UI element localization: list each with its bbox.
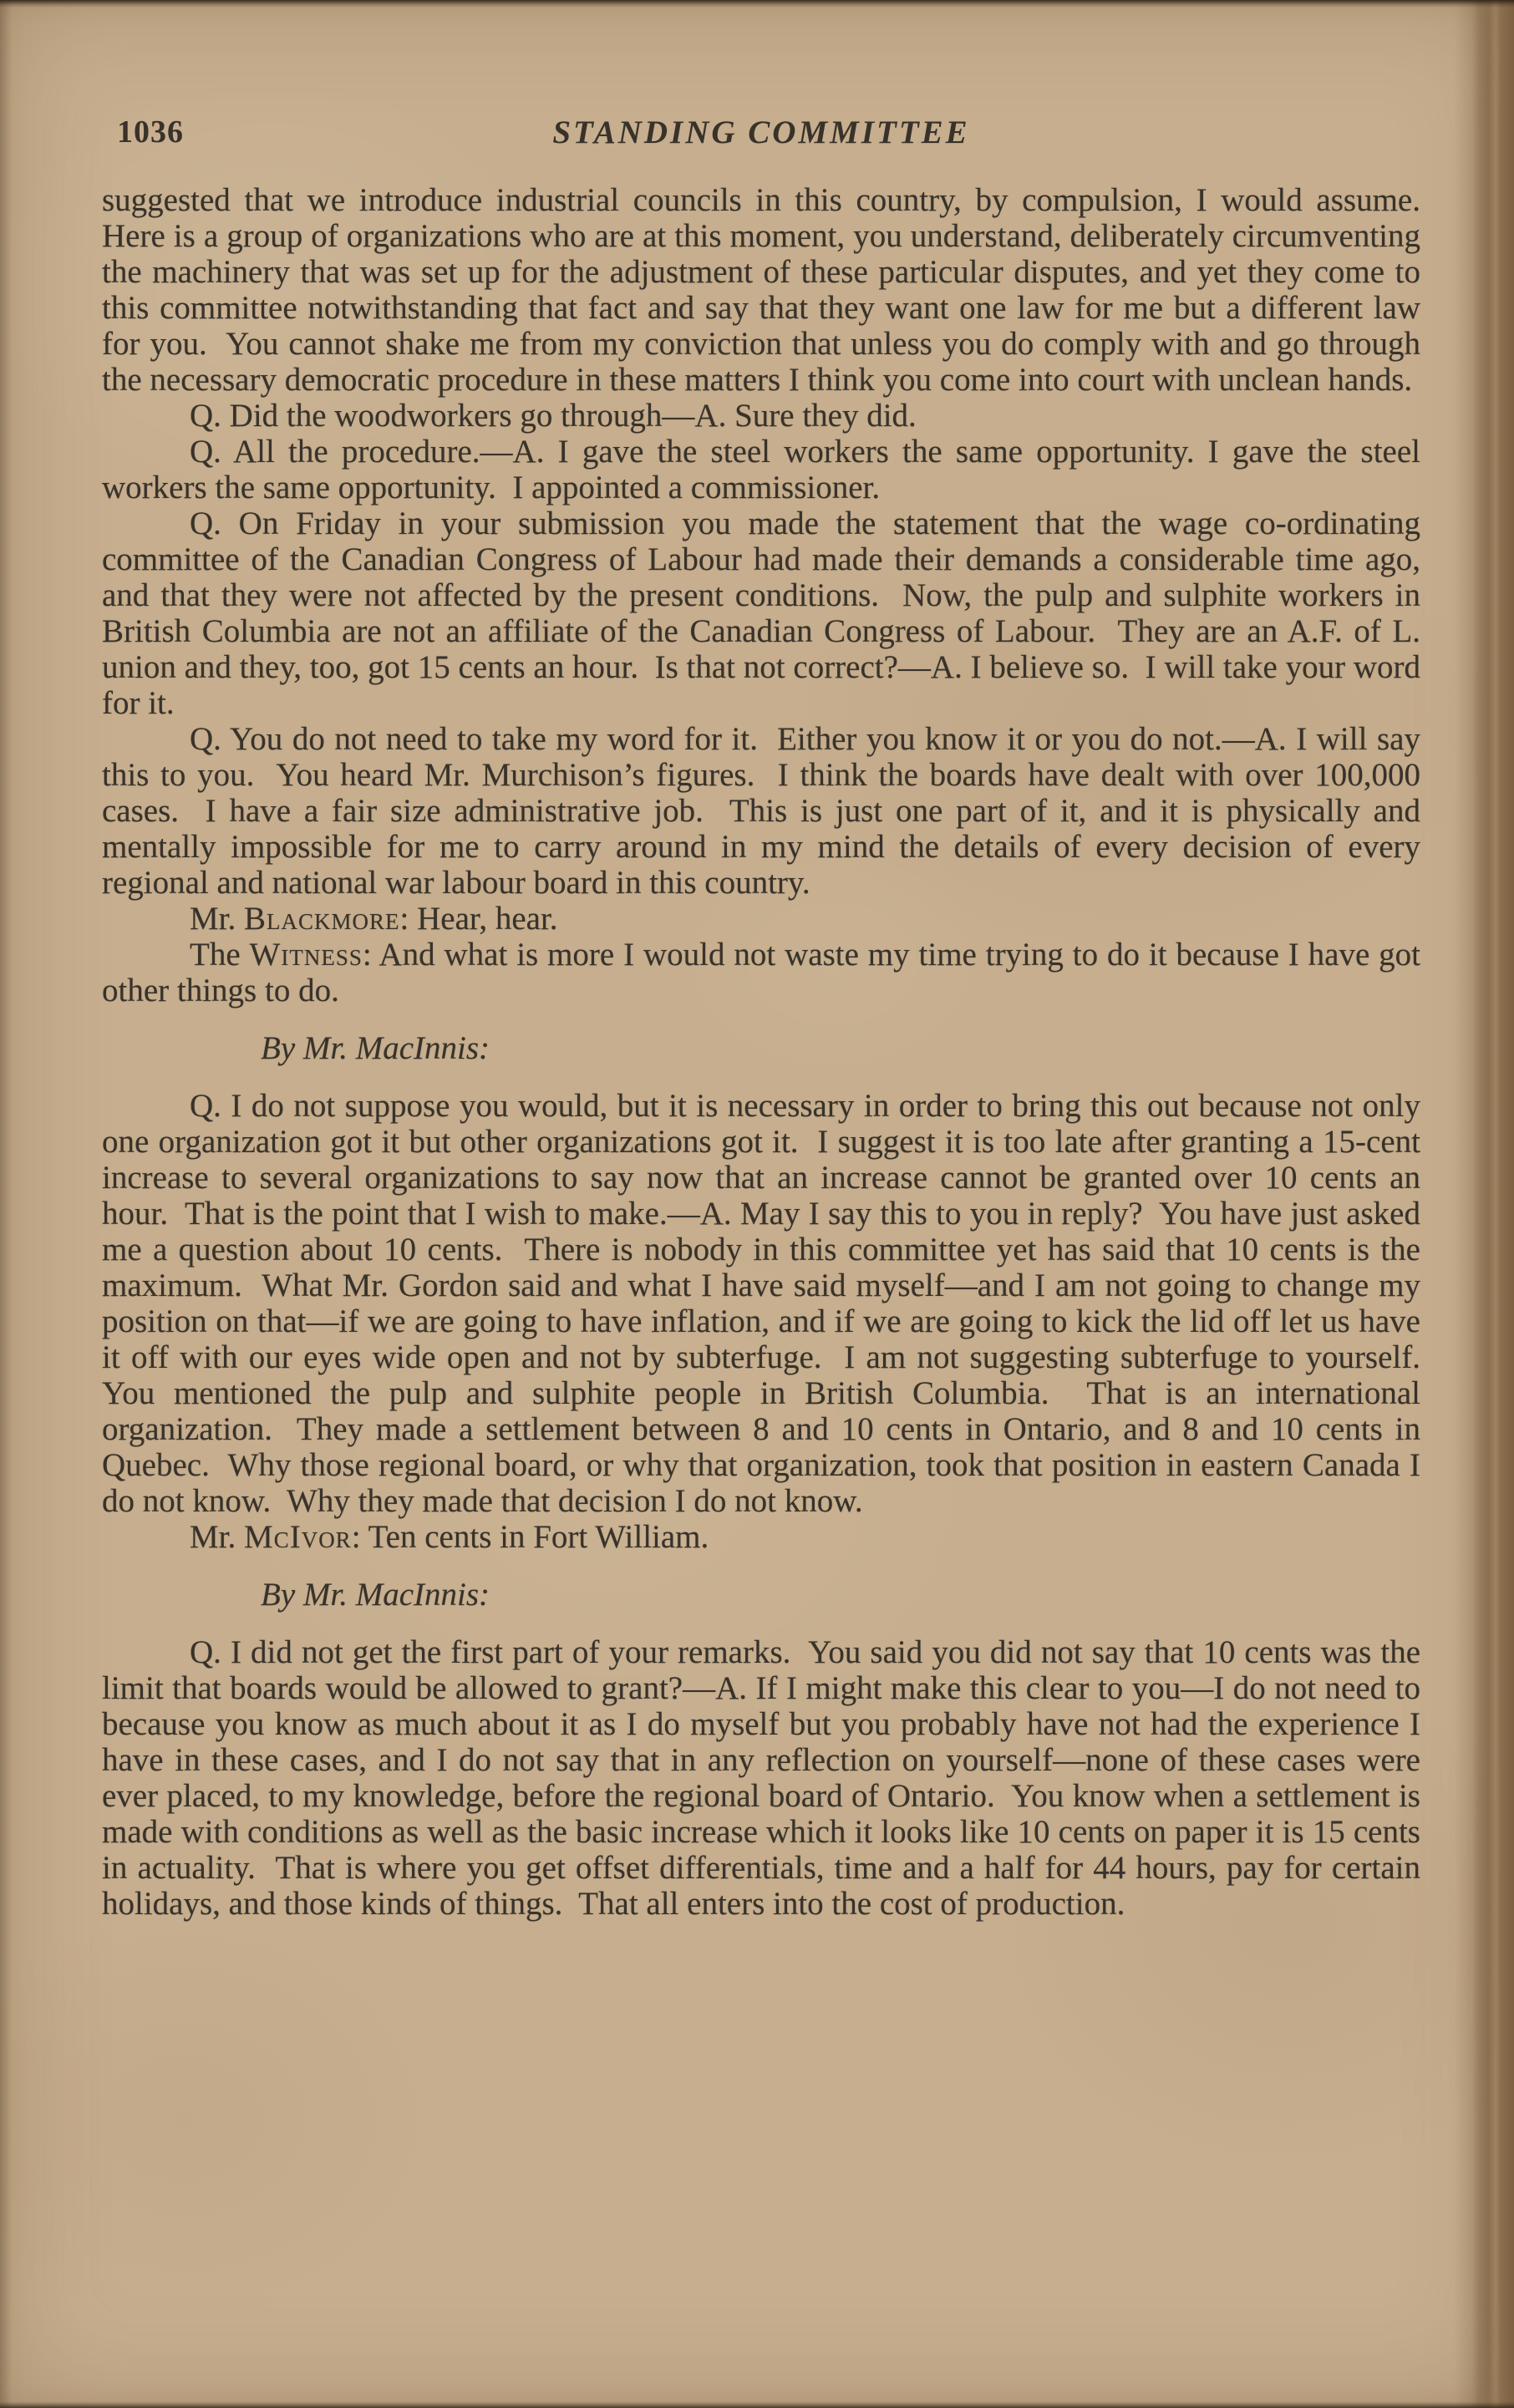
transcript-paragraph: Q. On Friday in your submission you made… xyxy=(102,505,1420,721)
speaker-line: Mr. Blackmore: Hear, hear. xyxy=(102,901,1420,937)
scanned-document-page: 1036 STANDING COMMITTEE suggested that w… xyxy=(0,0,1514,2408)
speaker-name: Witness xyxy=(250,937,363,973)
transcript-paragraph: Q. Did the woodworkers go through—A. Sur… xyxy=(102,398,1420,434)
page-header: 1036 STANDING COMMITTEE xyxy=(102,114,1420,155)
book-gutter-edge xyxy=(1454,0,1514,2408)
section-byline: By Mr. MacInnis: xyxy=(102,1030,1420,1066)
transcript-paragraph: Q. All the procedure.—A. I gave the stee… xyxy=(102,434,1420,505)
running-title: STANDING COMMITTEE xyxy=(552,114,969,151)
page-number: 1036 xyxy=(117,114,184,150)
page-left-edge-shadow xyxy=(0,0,12,2408)
section-byline: By Mr. MacInnis: xyxy=(102,1577,1420,1613)
transcript-paragraph: Q. I did not get the first part of your … xyxy=(102,1634,1420,1922)
transcript-paragraph: suggested that we introduce industrial c… xyxy=(102,182,1420,398)
page-top-edge-shadow xyxy=(0,0,1514,8)
page-bottom-edge-shadow xyxy=(0,2401,1514,2408)
speaker-name: McIvor xyxy=(244,1519,352,1555)
speaker-line: Mr. McIvor: Ten cents in Fort William. xyxy=(102,1519,1420,1555)
speaker-name: Blackmore xyxy=(244,901,400,937)
speaker-line: The Witness: And what is more I would no… xyxy=(102,937,1420,1008)
transcript-paragraph: Q. I do not suppose you would, but it is… xyxy=(102,1088,1420,1519)
transcript-paragraph: Q. You do not need to take my word for i… xyxy=(102,721,1420,901)
page-body-text: suggested that we introduce industrial c… xyxy=(102,182,1420,1922)
